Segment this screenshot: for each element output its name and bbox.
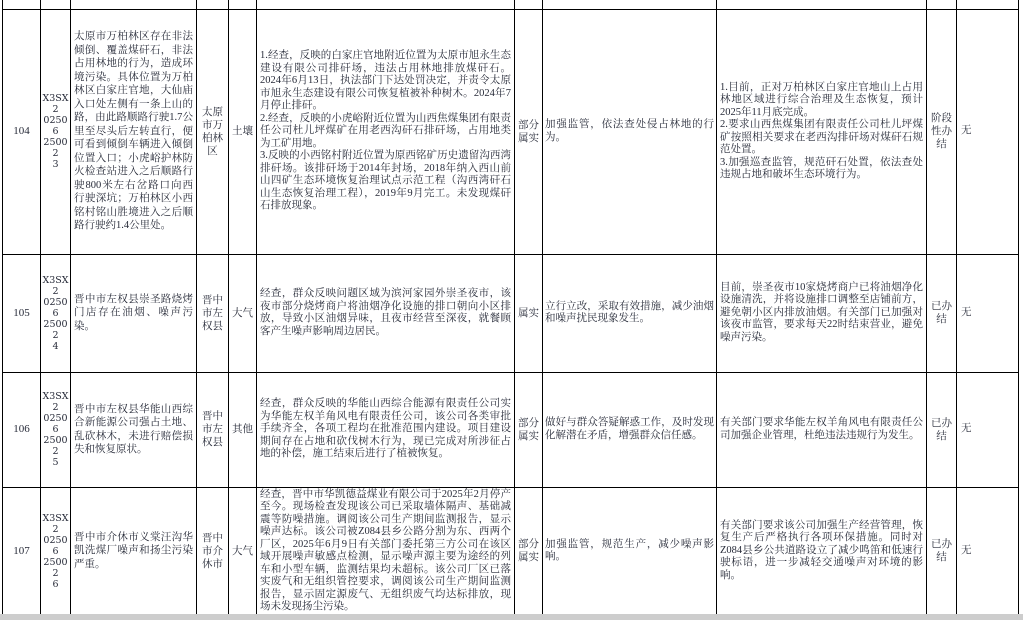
cell-accountability: 无: [957, 372, 1019, 487]
complaint-table: 104X3SX2 02506 25002 3太原市万柏林区存在非法倾倒、覆盖煤矸…: [2, 0, 1019, 616]
cell-result: 1.目前，正对万柏林区白家庄官地山上占用林地区域进行综合治理及生态恢复，预计20…: [717, 9, 927, 254]
cell-truth: 部分属实: [515, 372, 543, 487]
cell-result: 目前，崇圣夜市10家烧烤商户已将油烟净化设施清洗，并将设施排口调整至店铺前方，避…: [717, 254, 927, 372]
cell-complaint: 太原市万柏林区存在非法倾倒、覆盖煤矸石，非法占用林地的行为，造成环境污染。具体位…: [71, 9, 197, 254]
cell-no: 105: [3, 254, 41, 372]
cell-verification: 经查，晋中市华凯德益煤业有限公司于2025年2月停产至今。现场检查发现该公司已采…: [257, 487, 515, 615]
cell-empty: [717, 0, 927, 9]
cell-truth: 属实: [515, 254, 543, 372]
cell-case-no: X3SX2 02506 25002 4: [41, 254, 71, 372]
window-bottom-edge: [0, 614, 1023, 620]
cell-empty: [957, 0, 1019, 9]
cell-verification: 经查，群众反映的华能山西综合能源有限责任公司实为华能左权羊角风电有限责任公司，该…: [257, 372, 515, 487]
cell-category: 大气: [229, 487, 257, 615]
table-body: 104X3SX2 02506 25002 3太原市万柏林区存在非法倾倒、覆盖煤矸…: [3, 0, 1019, 615]
cell-empty: [3, 0, 41, 9]
cell-complaint: 晋中市介休市义棠汪沟华凯洗煤厂噪声和扬尘污染严重。: [71, 487, 197, 615]
cell-location: 晋中市左权县: [197, 254, 229, 372]
cell-empty: [257, 0, 515, 9]
cell-accountability: 无: [957, 254, 1019, 372]
cell-complaint: 晋中市左权县华能山西综合新能源公司强占土地、乱砍林木，未进行赔偿损失和恢复原状。: [71, 372, 197, 487]
cell-measures: 加强监管，依法查处侵占林地的行为。: [543, 9, 717, 254]
cell-empty: [197, 0, 229, 9]
cell-result: 有关部门要求华能左权羊角风电有限责任公司加强企业管理，杜绝违法违规行为发生。: [717, 372, 927, 487]
cell-category: 其他: [229, 372, 257, 487]
cell-empty: [927, 0, 957, 9]
cell-case-no: X3SX2 02506 25002 5: [41, 372, 71, 487]
cell-case-no: X3SX2 02506 25002 3: [41, 9, 71, 254]
cell-measures: 加强监管，规范生产，减少噪声影响。: [543, 487, 717, 615]
table-row: 104X3SX2 02506 25002 3太原市万柏林区存在非法倾倒、覆盖煤矸…: [3, 9, 1019, 254]
cell-verification: 经查，群众反映问题区域为滨河家园外崇圣夜市，该夜市部分烧烤商户将油烟净化设施的排…: [257, 254, 515, 372]
cell-complaint: 晋中市左权县崇圣路烧烤门店存在油烟、噪声污染。: [71, 254, 197, 372]
table-row: 106X3SX2 02506 25002 5晋中市左权县华能山西综合新能源公司强…: [3, 372, 1019, 487]
cell-result: 有关部门要求该公司加强生产经营管理，恢复生产后严格执行各项环保措施。同时对Z08…: [717, 487, 927, 615]
cell-status: 已办结: [927, 487, 957, 615]
cell-status: 阶段性办结: [927, 9, 957, 254]
cell-empty: [543, 0, 717, 9]
cell-empty: [515, 0, 543, 9]
table-row: 105X3SX2 02506 25002 4晋中市左权县崇圣路烧烤门店存在油烟、…: [3, 254, 1019, 372]
table-row: 107X3SX2 02506 25002 6晋中市介休市义棠汪沟华凯洗煤厂噪声和…: [3, 487, 1019, 615]
cell-category: 土壤: [229, 9, 257, 254]
cell-location: 太原市万柏林区: [197, 9, 229, 254]
cell-no: 104: [3, 9, 41, 254]
cell-measures: 做好与群众答疑解惑工作，及时发现化解潜在矛盾，增强群众信任感。: [543, 372, 717, 487]
cell-measures: 立行立改，采取有效措施，减少油烟和噪声扰民现象发生。: [543, 254, 717, 372]
cell-location: 晋中市介休市: [197, 487, 229, 615]
cell-truth: 部分属实: [515, 9, 543, 254]
cell-truth: 部分属实: [515, 487, 543, 615]
cell-verification: 1.经查，反映的白家庄官地附近位置为太原市旭永生态建设有限公司排矸场，违法占用林…: [257, 9, 515, 254]
cell-no: 106: [3, 372, 41, 487]
cell-status: 已办结: [927, 372, 957, 487]
partial-row-top: [3, 0, 1019, 9]
cell-no: 107: [3, 487, 41, 615]
cell-empty: [71, 0, 197, 9]
cell-empty: [229, 0, 257, 9]
cell-status: 已办结: [927, 254, 957, 372]
cell-category: 大气: [229, 254, 257, 372]
cell-case-no: X3SX2 02506 25002 6: [41, 487, 71, 615]
cell-accountability: 无: [957, 9, 1019, 254]
cell-empty: [41, 0, 71, 9]
cell-location: 晋中市左权县: [197, 372, 229, 487]
cell-accountability: 无: [957, 487, 1019, 615]
